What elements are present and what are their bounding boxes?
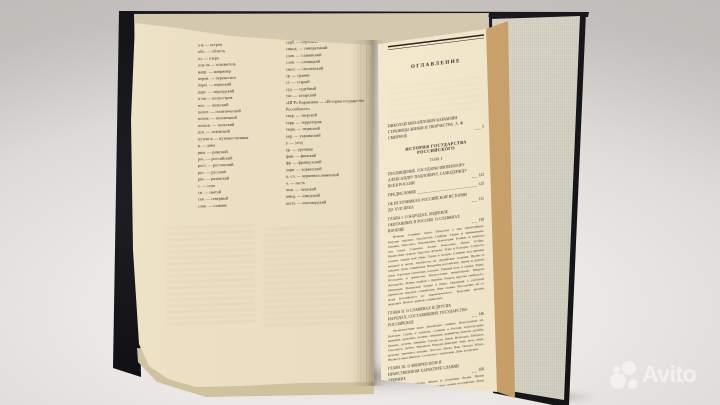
contents-entry: Глава II. О славянах и других народах, с… — [388, 299, 484, 363]
entry-page-number: 5 — [482, 124, 484, 130]
entry-page-number: 125 — [478, 181, 484, 188]
avito-watermark: Avito — [606, 358, 718, 402]
leader-dots — [472, 201, 477, 202]
entry-title: Предисловие — [388, 189, 416, 198]
contents-entries: Посвящение. Государю императору Александ… — [388, 160, 484, 400]
table-of-contents: ОГЛАВЛЕНИЕ Николай Михайлович Карамзин. … — [388, 34, 484, 405]
avito-logo-icon — [606, 358, 640, 394]
entry-page-number: 146 — [478, 311, 484, 318]
book-photo-scene: о-в — островобл. — областьоз. — озероосн… — [0, 0, 720, 405]
avito-wordmark: Avito — [642, 361, 696, 388]
entry-page-number: 160 — [478, 366, 484, 373]
contents-blank-gap — [388, 61, 484, 121]
leader-dots — [472, 316, 477, 317]
entry-annotation: Венеды. Славяне. Анты. Известия о них ви… — [388, 224, 484, 308]
leader-dots — [472, 177, 477, 178]
contents-entry: Глава I. О народах, издревле обитавших в… — [388, 205, 484, 308]
entry-page-number: 131 — [478, 196, 484, 203]
book-inner-page-edges — [356, 44, 374, 382]
leader-dots — [476, 129, 481, 130]
left-page-showthrough-text — [263, 221, 351, 330]
leader-dots — [472, 222, 477, 223]
leader-dots — [472, 372, 477, 373]
left-page-showthrough-text — [167, 224, 255, 329]
abbreviations-column-1: о-в — островобл. — областьоз. — озероосн… — [198, 39, 279, 209]
entry-page-number: 123 — [478, 172, 484, 179]
abbreviations-list: о-в — островобл. — областьоз. — озероосн… — [198, 37, 373, 210]
entry-page-number: 139 — [478, 217, 484, 224]
